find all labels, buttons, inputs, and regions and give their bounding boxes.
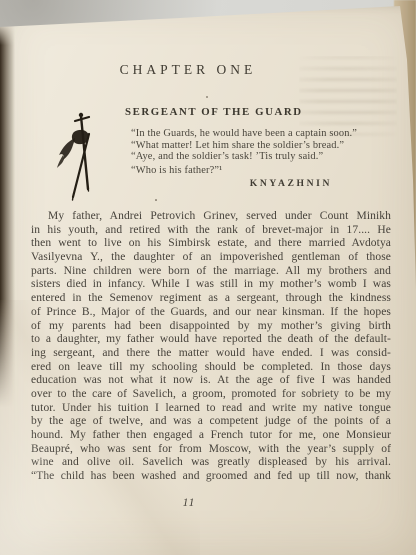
text-line: “The child has been washed and groomed a… (31, 470, 391, 484)
text-line: ered on leave till my schooling should b… (31, 361, 391, 375)
text-line: tutor. Under his tuition I learned to re… (31, 402, 391, 416)
photo-background: CHAPTER ONE SERGEANT OF THE GUARD “In th… (0, 0, 416, 555)
text-line: education was not what it now is. At the… (31, 374, 391, 388)
section-heading: SERGEANT OF THE GUARD (125, 106, 303, 118)
text-line: wine and olive oil. Savelich was greatly… (31, 456, 391, 470)
epigraph-attribution: KNYAZHNIN (131, 178, 332, 189)
text-line: Beaupré, who was sent for from Moscow, w… (31, 443, 391, 457)
text-line: over to the care of Savelich, a groom, p… (31, 388, 391, 402)
paper-speck (155, 199, 157, 201)
page-number: 11 (0, 497, 378, 509)
text-line: of my parents had been disappointed by m… (31, 320, 391, 334)
text-line: then went to live on his Simbirsk estate… (31, 237, 391, 251)
text-line: by the age of twelve, and was a competen… (31, 415, 391, 429)
body-paragraph: My father, Andrei Petrovich Grinev, serv… (31, 210, 391, 484)
text-line: My father, Andrei Petrovich Grinev, serv… (31, 210, 391, 224)
page-gutter-shadow (0, 22, 15, 407)
text-line: entered in the Semenov regiment as a ser… (31, 292, 391, 306)
epigraph: “In the Guards, he would have been a cap… (131, 128, 357, 176)
text-line: in his youth, and retired with the rank … (31, 224, 391, 238)
text-line: Vasilyevna Y., the daughter of an impove… (31, 251, 391, 265)
epigraph-line: “Aye, and the soldier’s task! ’Tis truly… (131, 151, 357, 163)
book-page: CHAPTER ONE SERGEANT OF THE GUARD “In th… (0, 0, 416, 555)
epigraph-line: “In the Guards, he would have been a cap… (131, 128, 357, 140)
text-line: hound. My father then engaged a French t… (31, 429, 391, 443)
text-line: parts. Nine children were born of the ma… (31, 265, 391, 279)
text-line: ing sergeant, and there the matter would… (31, 347, 391, 361)
text-line: to a daughter, my father would have repo… (31, 333, 391, 347)
paper-speck (206, 96, 208, 98)
text-line: sisters died in infancy. While I was sti… (31, 278, 391, 292)
chapter-heading: CHAPTER ONE (0, 62, 376, 78)
text-line: of Prince B., Major of the Guards, and o… (31, 306, 391, 320)
epigraph-line: “Who is his father?”¹ (131, 165, 357, 177)
sword-ribbon-icon (50, 111, 110, 208)
epigraph-line: “What matter! Let him share the soldier’… (131, 140, 357, 152)
